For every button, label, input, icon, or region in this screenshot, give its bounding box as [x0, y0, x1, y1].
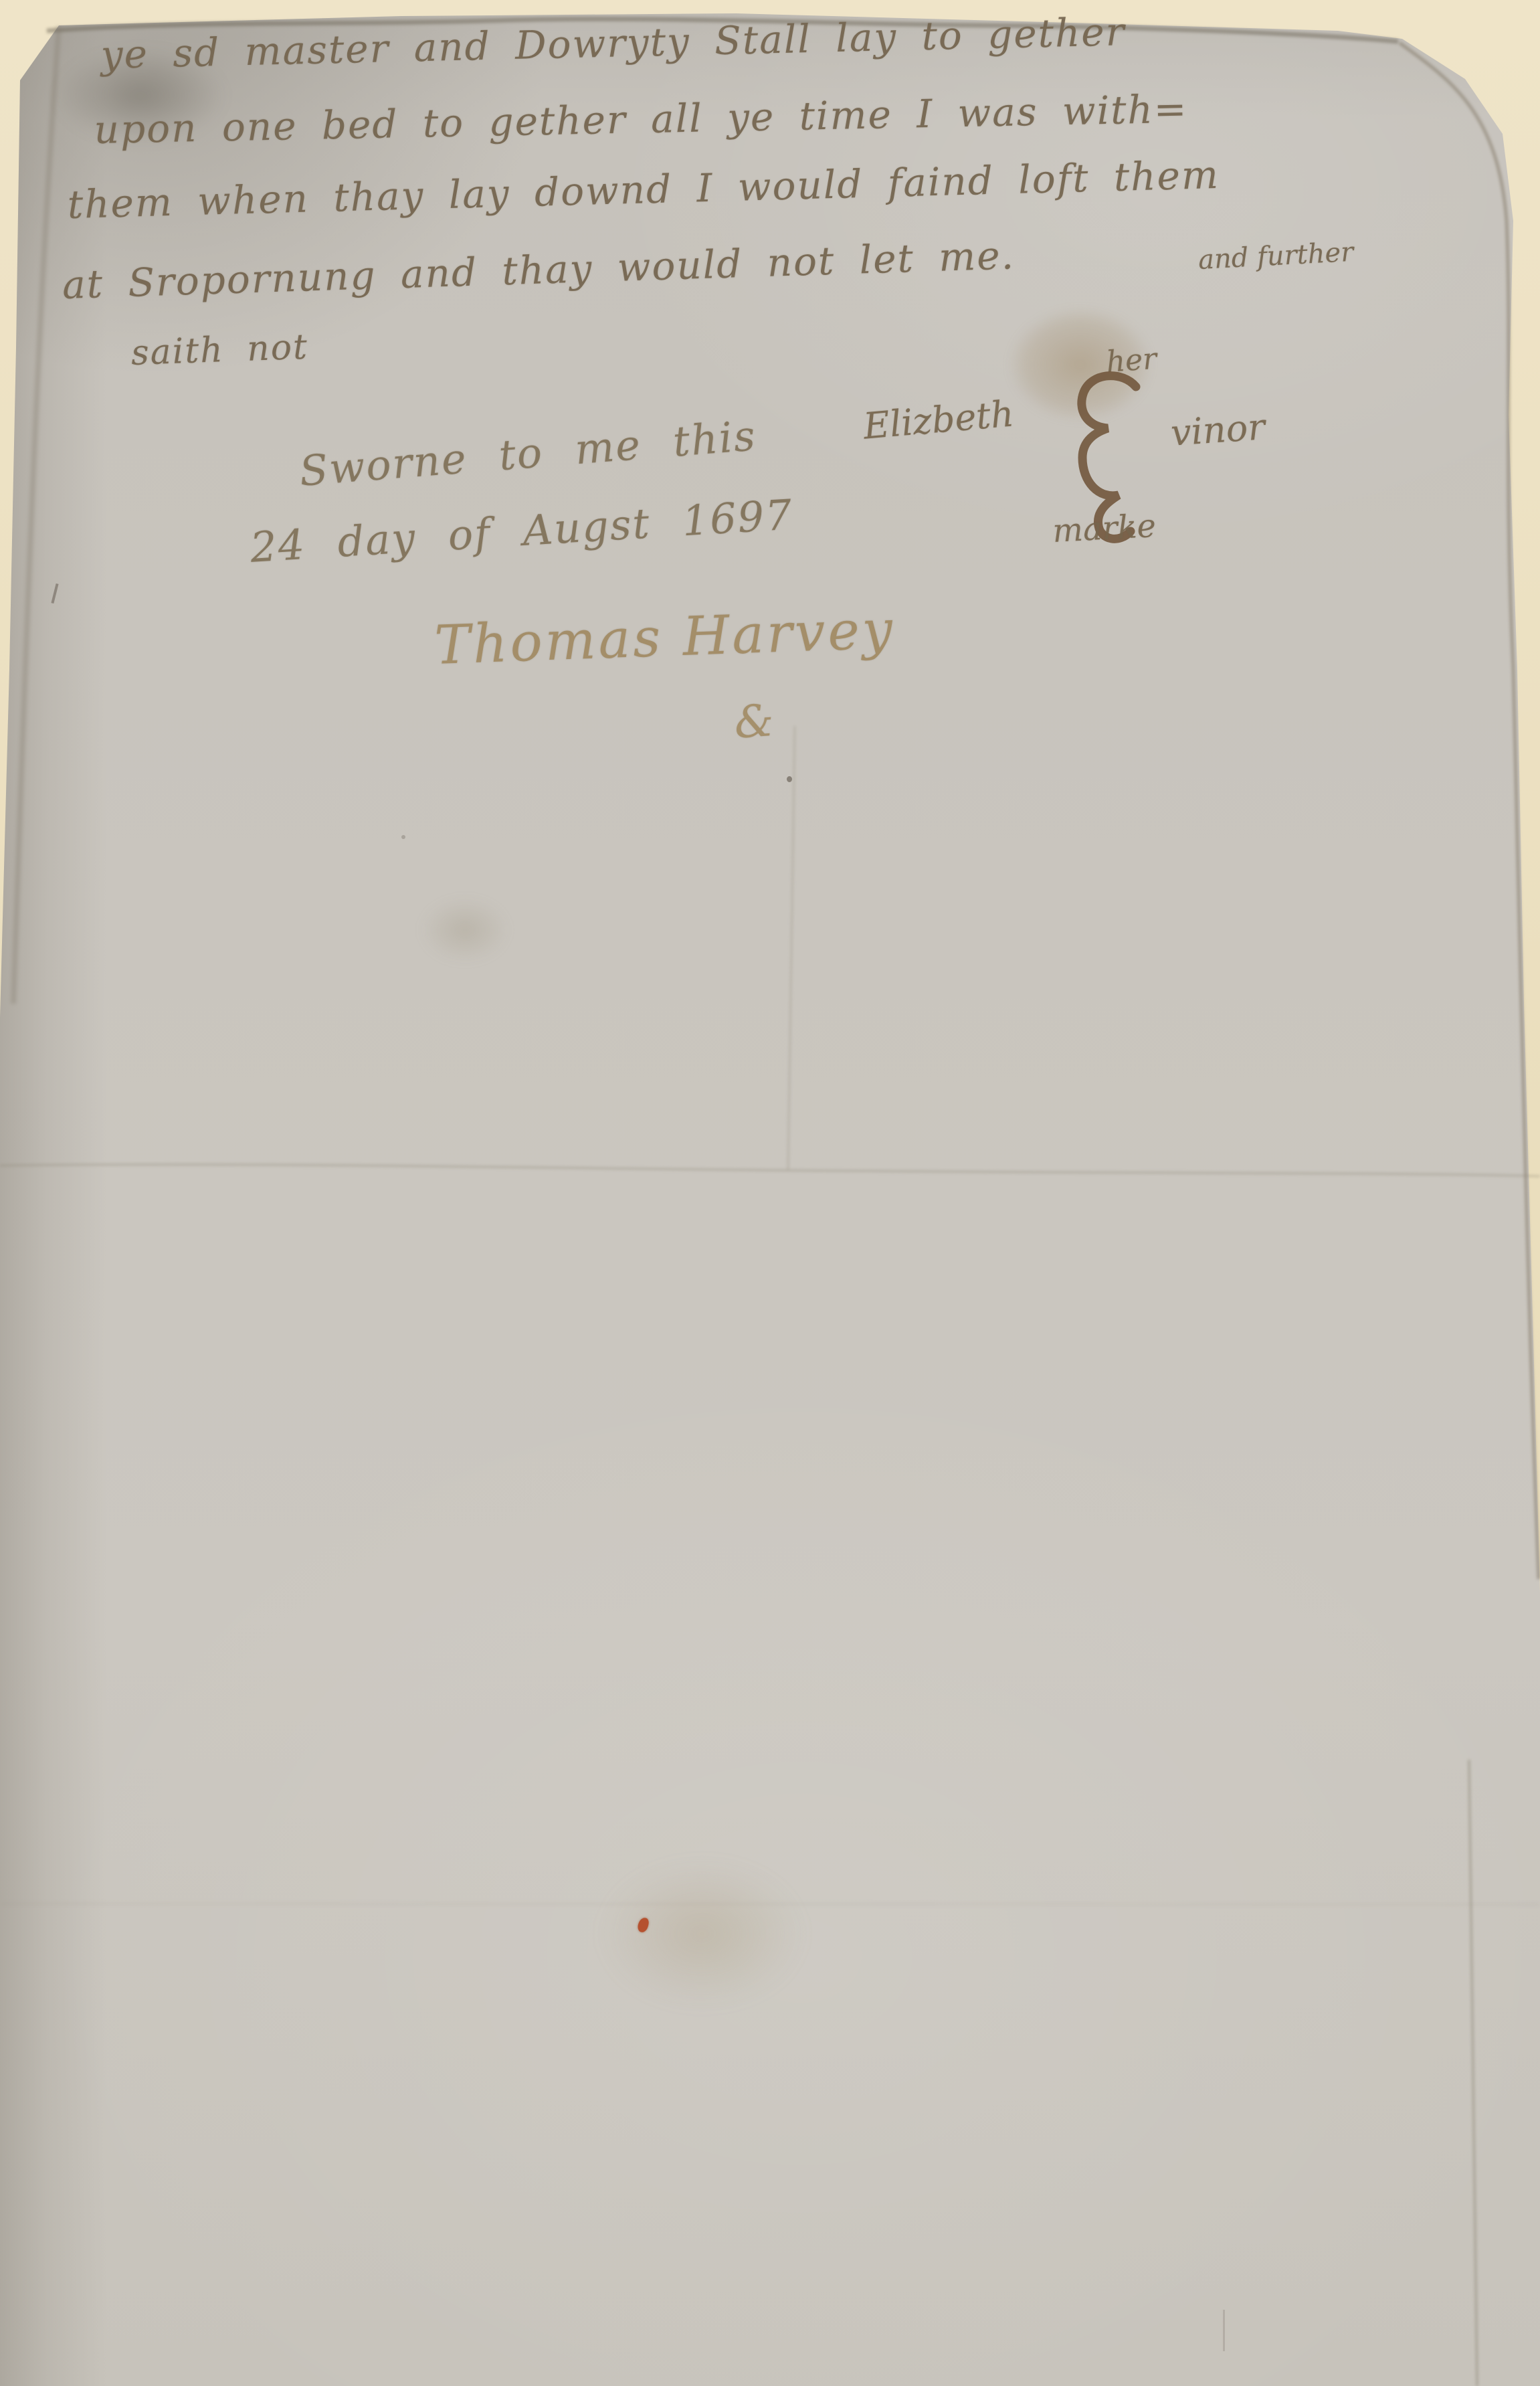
stray-pen-tick: [1223, 2310, 1225, 2351]
ink-speck: [787, 776, 792, 782]
witness-marke-label: marke: [1052, 507, 1157, 550]
witness-name-vinor: vinor: [1169, 405, 1266, 454]
photo-backdrop: ye sd master and Dowryty Stall lay to ge…: [0, 0, 1540, 2386]
ink-speck: [401, 835, 405, 839]
signature-flourish: &: [733, 695, 775, 749]
manuscript-saith-not: saith not: [130, 327, 309, 373]
